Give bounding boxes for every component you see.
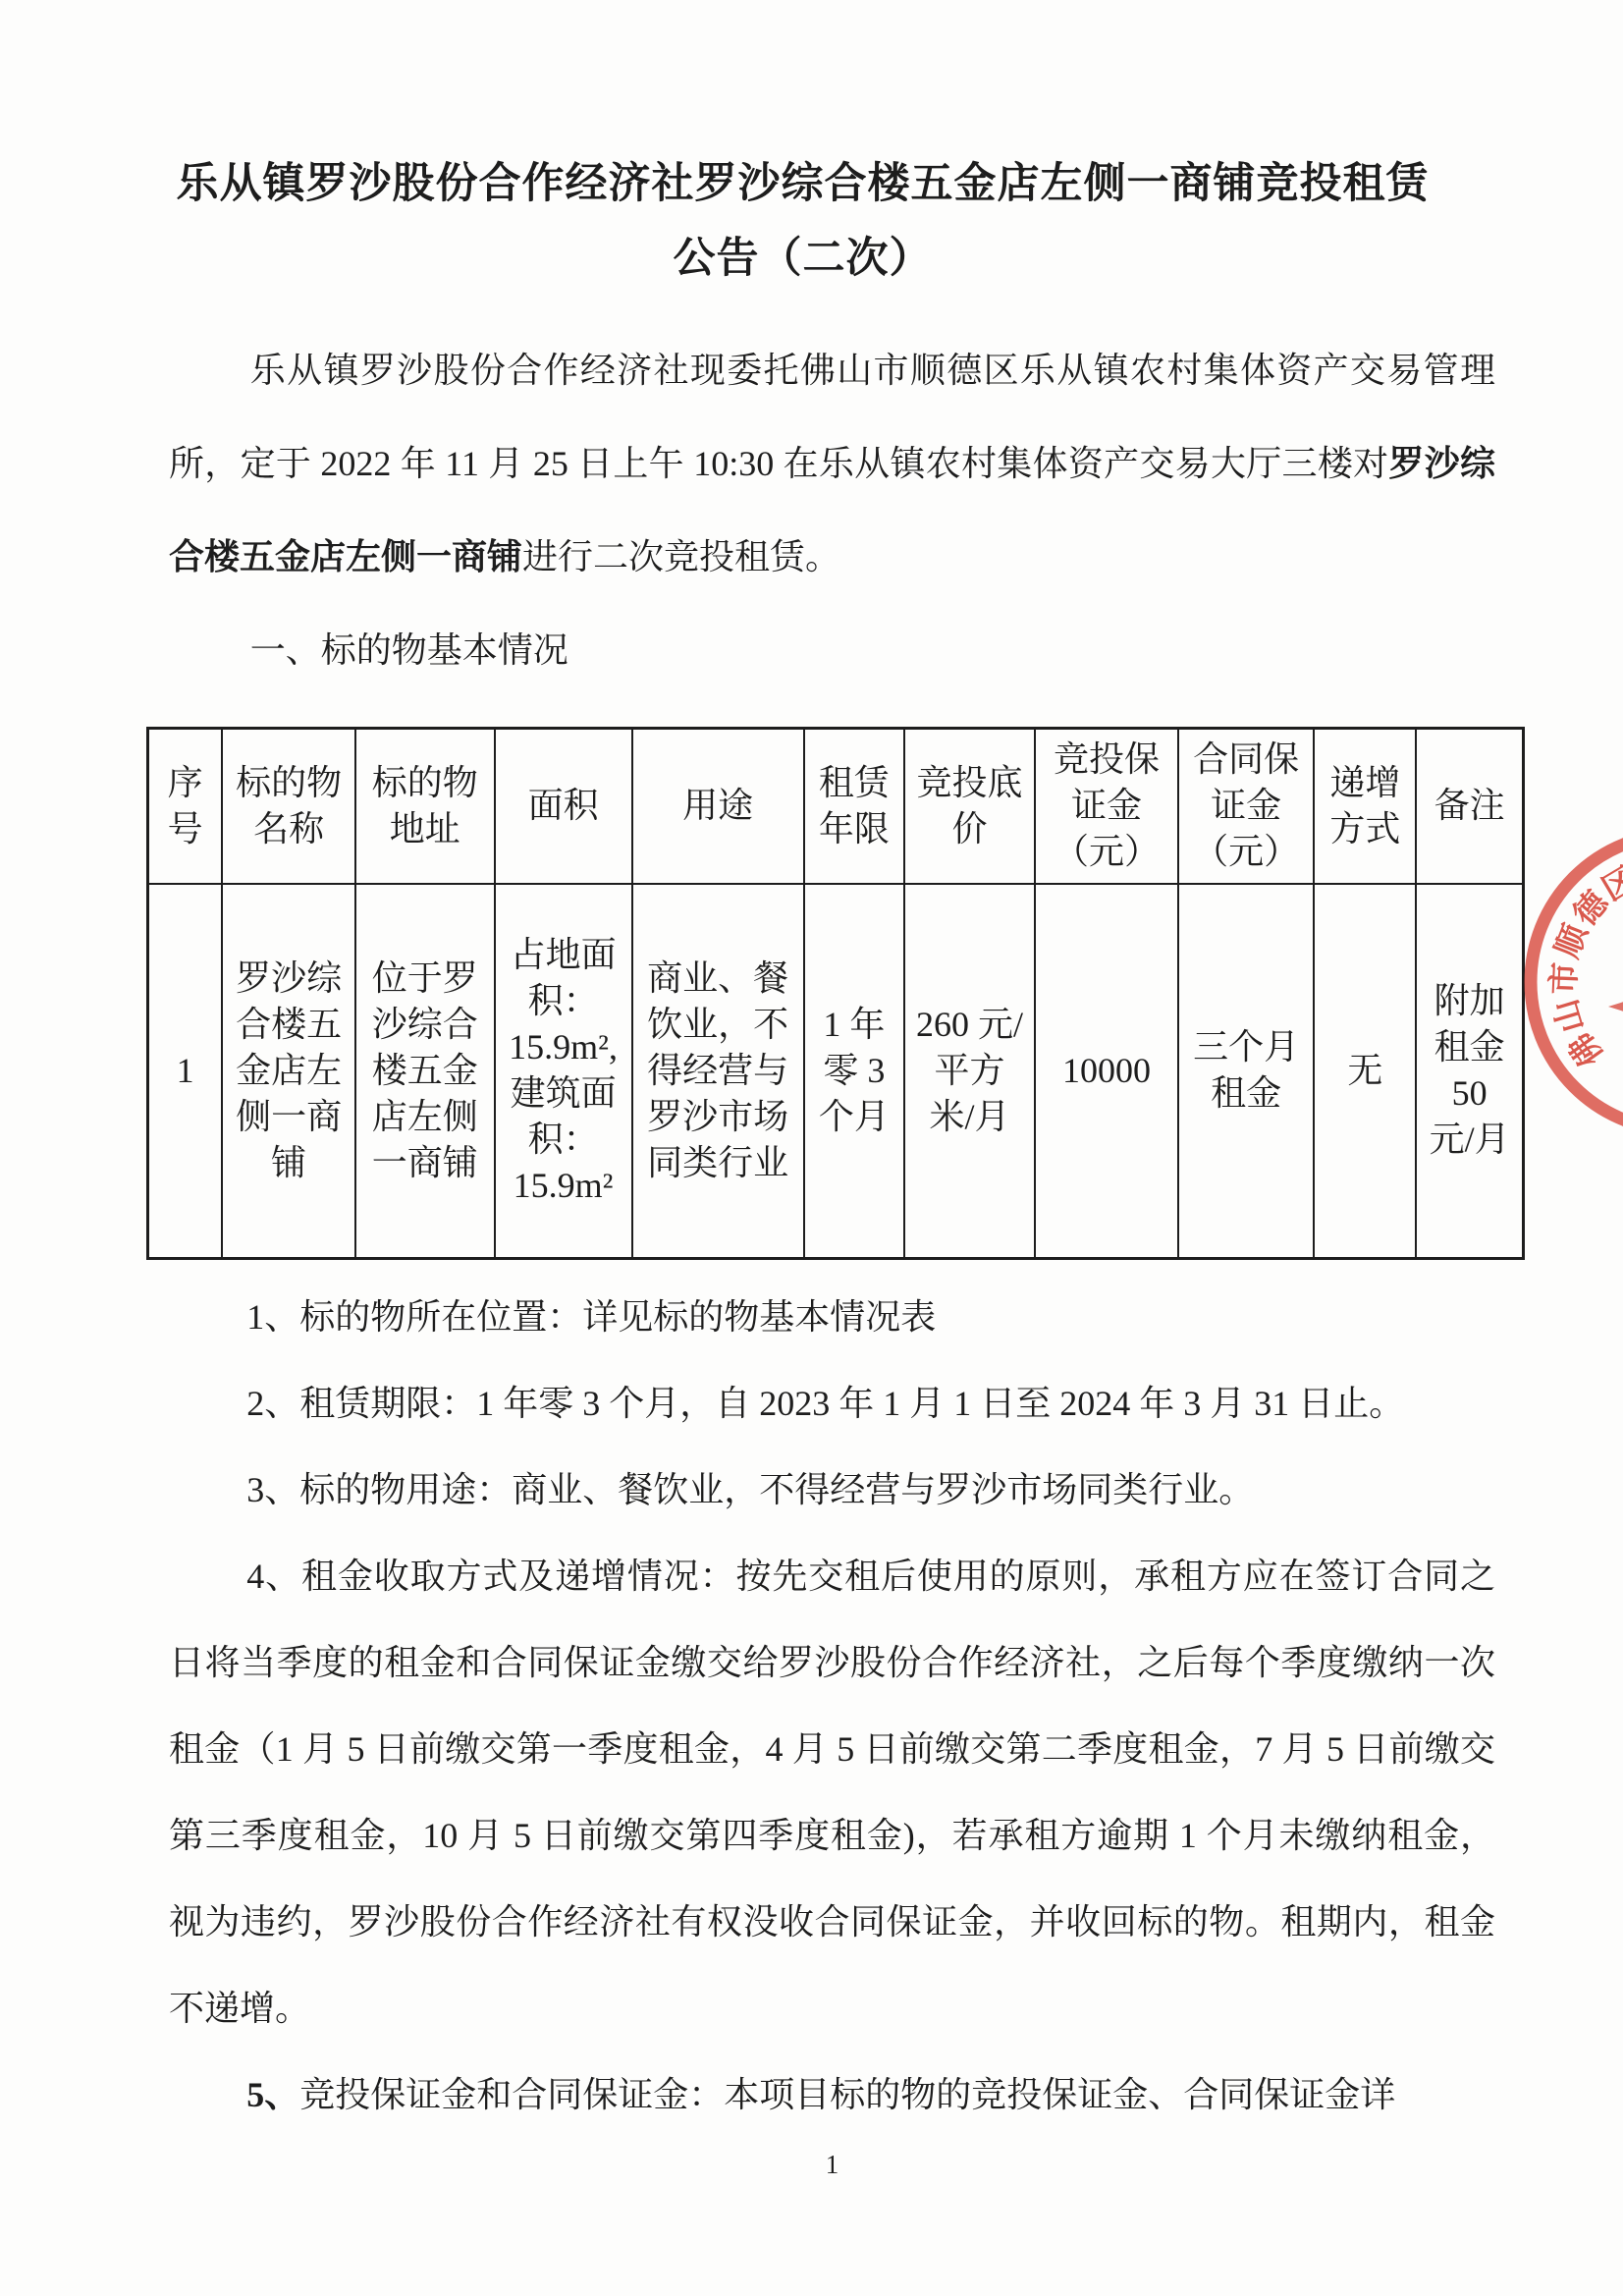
item-2: 2、租赁期限：1 年零 3 个月，自 2023 年 1 月 1 日至 2024 … [169,1360,1495,1447]
item-5: 5、竞投保证金和合同保证金：本项目标的物的竞投保证金、合同保证金详 [169,2051,1495,2138]
numbered-items: 1、标的物所在位置：详见标的物基本情况表 2、租赁期限：1 年零 3 个月，自 … [169,1274,1495,2138]
table-header-row: 序号 标的物名称 标的物地址 面积 用途 租赁年限 竞投底价 竞投保证金（元） … [148,729,1524,884]
title-line-2: 公告（二次） [674,236,933,282]
col-header-name: 标的物名称 [222,729,355,884]
col-header-remark: 备注 [1416,729,1523,884]
cell-base-price: 260 元/平方米/月 [904,884,1035,1259]
cell-lease-term: 1 年零 3 个月 [804,884,904,1259]
item-1: 1、标的物所在位置：详见标的物基本情况表 [169,1274,1495,1360]
cell-use: 商业、餐饮业，不得经营与罗沙市场同类行业 [632,884,804,1259]
intro-paragraph: 乐从镇罗沙股份合作经济社现委托佛山市顺德区乐从镇农村集体资产交易管理所，定于 2… [169,324,1495,604]
table-row: 1 罗沙综合楼五金店左侧一商铺 位于罗沙综合楼五金店左侧一商铺 占地面积：15.… [148,884,1524,1259]
col-header-use: 用途 [632,729,804,884]
cell-increase-mode: 无 [1314,884,1416,1259]
cell-remark: 附加租金 50 元/月 [1416,884,1523,1259]
page-number: 1 [169,2150,1495,2180]
cell-seq: 1 [148,884,223,1259]
item-4: 4、租金收取方式及递增情况：按先交租后使用的原则，承租方应在签订合同之日将当季度… [169,1533,1495,2051]
seal-star-icon [1608,940,1623,1074]
col-header-base-price: 竞投底价 [904,729,1035,884]
cell-name: 罗沙综合楼五金店左侧一商铺 [222,884,355,1259]
title-line-1: 乐从镇罗沙股份合作经济社罗沙综合楼五金店左侧一商铺竞投租赁 [177,161,1430,207]
seal-ring [1531,834,1623,1130]
intro-text-after: 进行二次竞投租赁。 [522,537,840,576]
document-page: 乐从镇罗沙股份合作经济社罗沙综合楼五金店左侧一商铺竞投租赁 公告（二次） 乐从镇… [0,0,1623,2296]
section-heading: 一、标的物基本情况 [169,604,1495,697]
subject-info-table: 序号 标的物名称 标的物地址 面积 用途 租赁年限 竞投底价 竞投保证金（元） … [146,727,1525,1260]
cell-bid-deposit: 10000 [1035,884,1178,1259]
col-header-seq: 序号 [148,729,223,884]
col-header-area: 面积 [495,729,632,884]
col-header-bid-deposit: 竞投保证金（元） [1035,729,1178,884]
page-title: 乐从镇罗沙股份合作经济社罗沙综合楼五金店左侧一商铺竞投租赁 公告（二次） [110,147,1495,297]
col-header-contract-deposit: 合同保证金（元） [1178,729,1315,884]
intro-text-before: 乐从镇罗沙股份合作经济社现委托佛山市顺德区乐从镇农村集体资产交易管理所，定于 2… [169,351,1495,483]
col-header-lease-term: 租赁年限 [804,729,904,884]
col-header-increase-mode: 递增方式 [1314,729,1416,884]
col-header-address: 标的物地址 [355,729,495,884]
item-3: 3、标的物用途：商业、餐饮业，不得经营与罗沙市场同类行业。 [169,1447,1495,1533]
cell-contract-deposit: 三个月租金 [1178,884,1315,1259]
cell-address: 位于罗沙综合楼五金店左侧一商铺 [355,884,495,1259]
cell-area: 占地面积：15.9m²,建筑面积：15.9m² [495,884,632,1259]
